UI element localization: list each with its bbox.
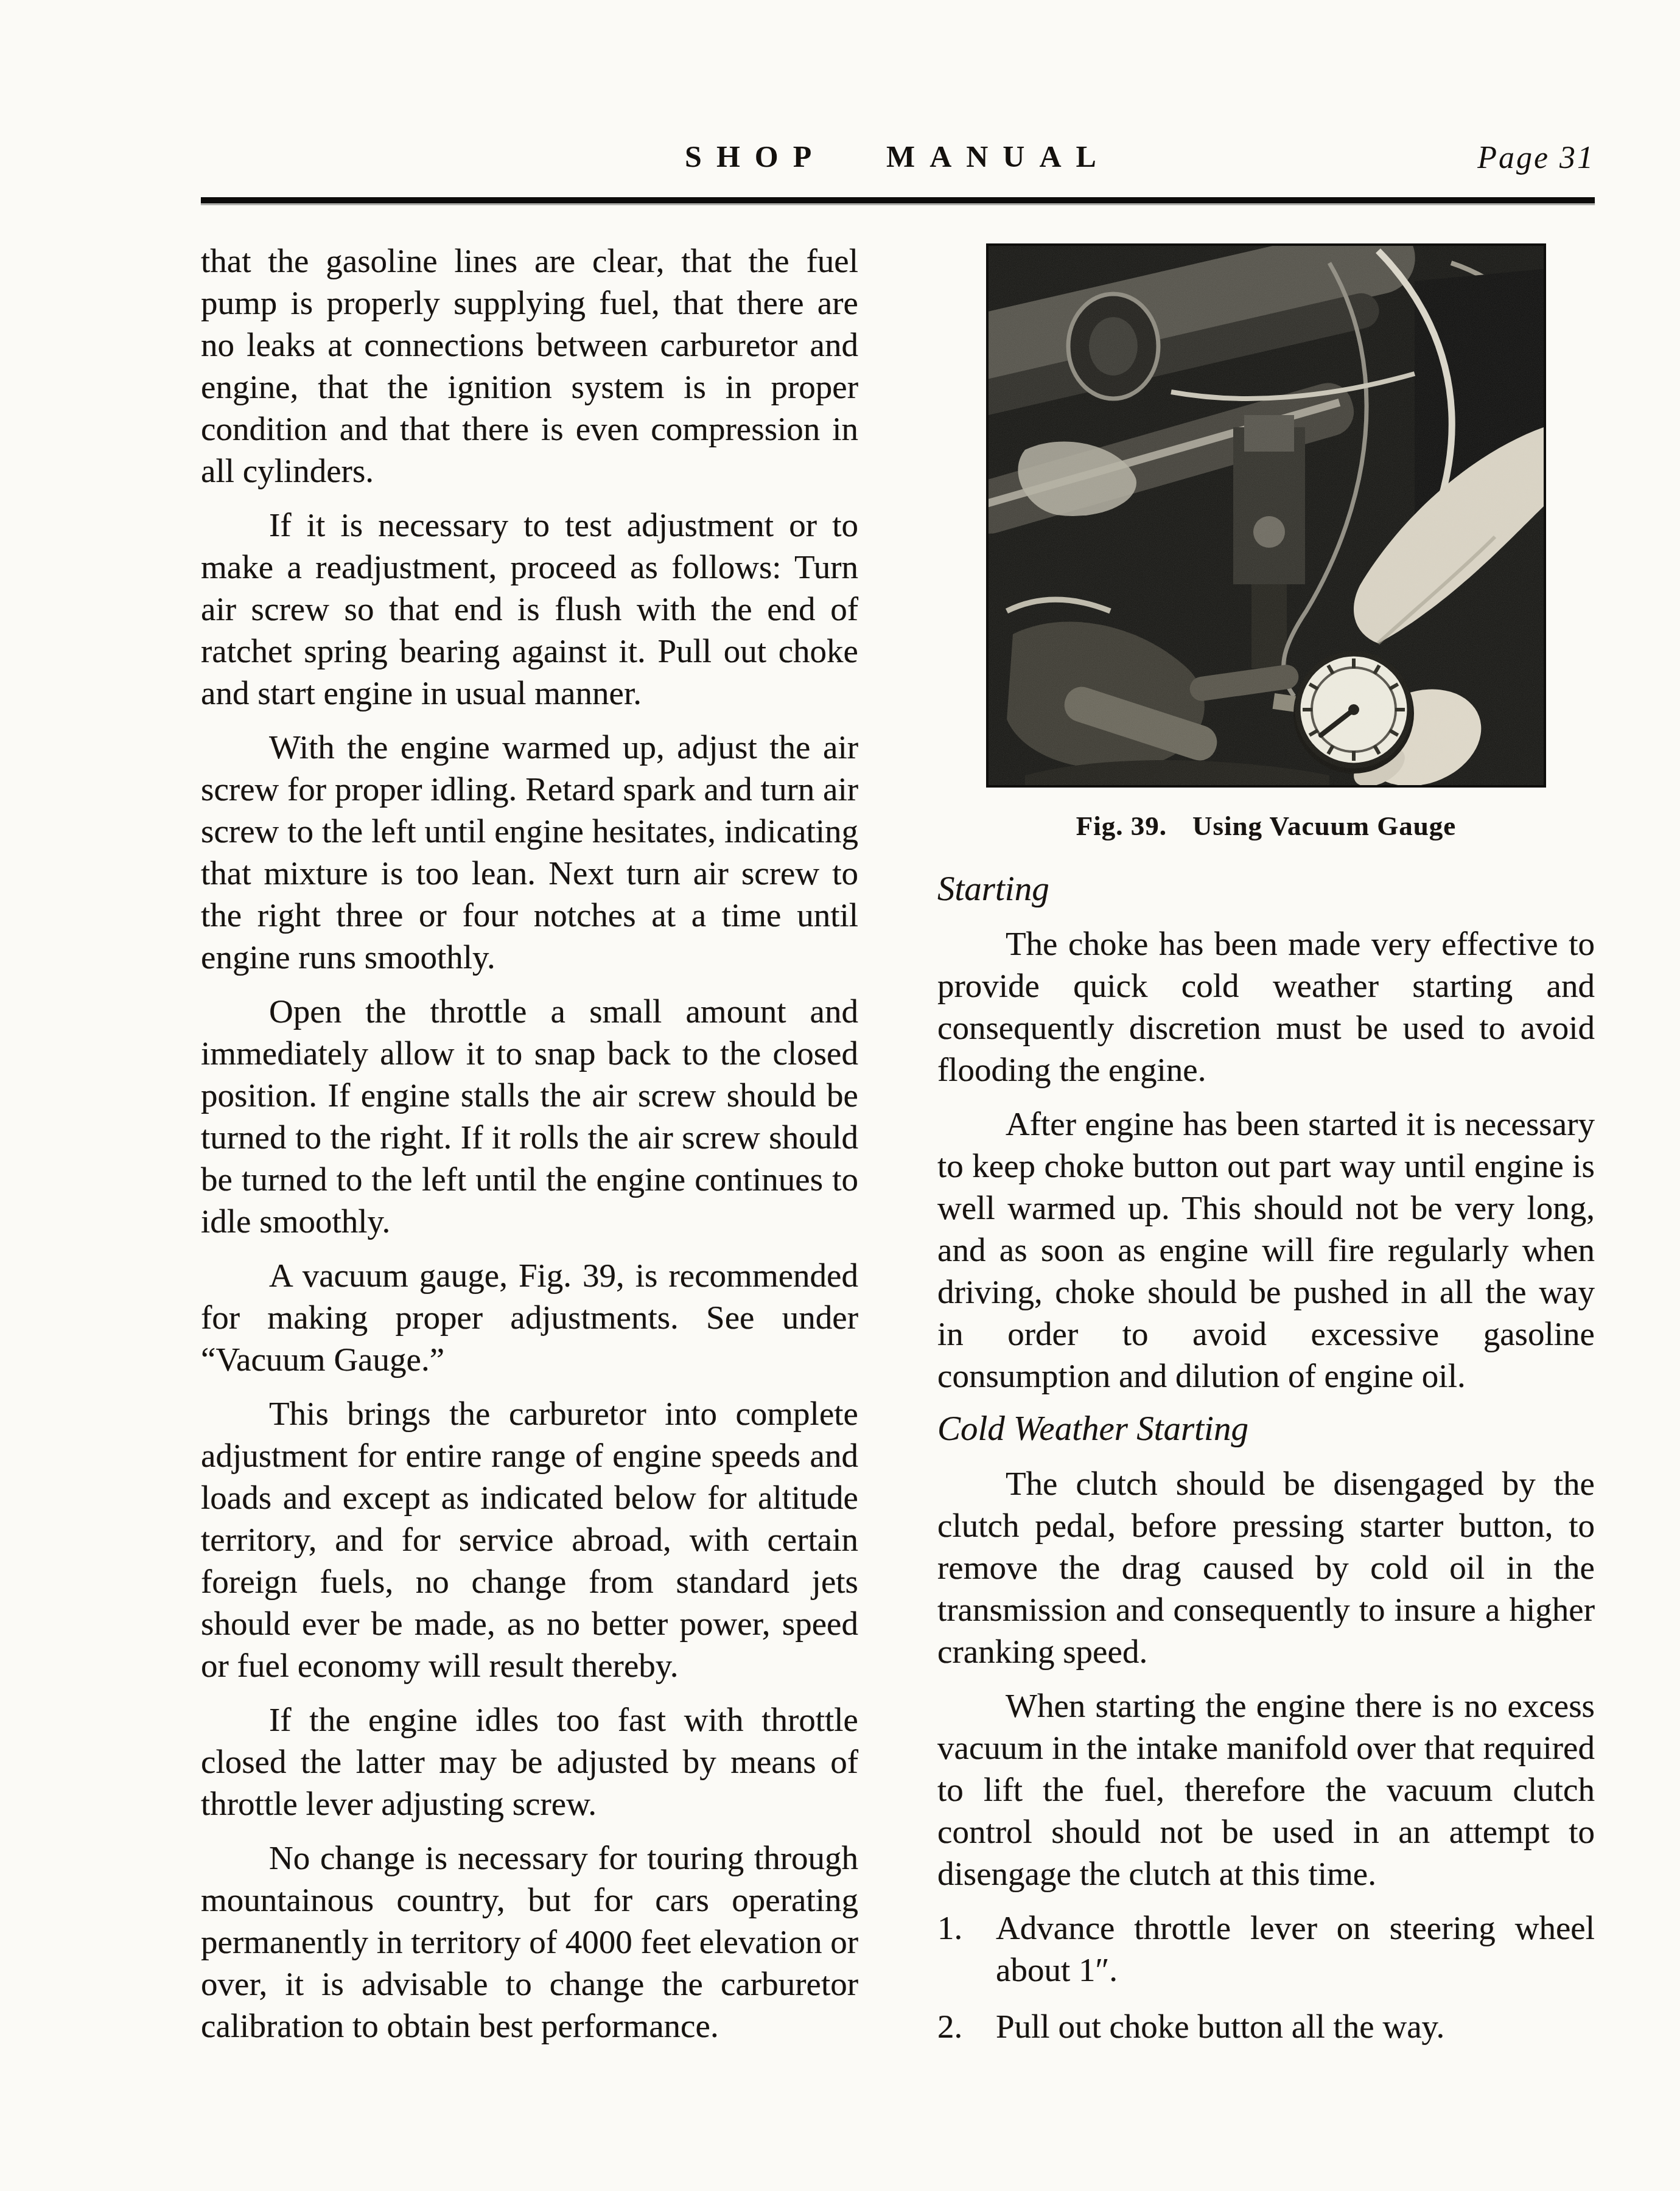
body-paragraph: No change is necessary for touring throu… [201,1837,858,2047]
body-paragraph: When starting the engine there is no exc… [937,1685,1595,1895]
list-item: 2. Pull out choke button all the way. [937,2005,1595,2047]
left-column: that the gasoline lines are clear, that … [201,240,858,2062]
body-paragraph: A vacuum gauge, Fig. 39, is recommended … [201,1254,858,1380]
figure-caption: Fig. 39.Using Vacuum Gauge [937,811,1595,841]
list-item-text: Pull out choke button all the way. [996,2005,1595,2047]
section-heading-starting: Starting [937,869,1595,909]
header-row: SHOP MANUAL Page 31 [201,139,1595,183]
body-paragraph: The clutch should be disengaged by the c… [937,1462,1595,1672]
page-title: SHOP MANUAL [685,139,1111,174]
body-paragraph: If it is necessary to test adjustment or… [201,504,858,714]
list-item: 1. Advance throttle lever on steering wh… [937,1907,1595,1991]
page-number: Page 31 [1477,140,1595,176]
list-item-number: 2. [937,2005,996,2047]
section-heading-cold-weather-starting: Cold Weather Starting [937,1409,1595,1449]
figure-caption-label: Fig. 39. [1076,811,1167,841]
manual-page: SHOP MANUAL Page 31 that the gasoline li… [0,0,1680,2191]
body-paragraph: that the gasoline lines are clear, that … [201,240,858,492]
two-column-body: that the gasoline lines are clear, that … [201,240,1595,2062]
page-header: SHOP MANUAL Page 31 [201,139,1595,203]
engine-bay-illustration [989,246,1544,785]
body-paragraph: With the engine warmed up, adjust the ai… [201,726,858,978]
header-rule [201,197,1595,203]
body-paragraph: Open the throttle a small amount and imm… [201,990,858,1242]
body-paragraph: After engine has been started it is nece… [937,1103,1595,1397]
body-paragraph: The choke has been made very effective t… [937,923,1595,1091]
body-paragraph: If the engine idles too fast with thrott… [201,1699,858,1825]
right-column: Fig. 39.Using Vacuum Gauge Starting The … [937,240,1595,2062]
figure-39-photo [986,243,1546,788]
list-item-text: Advance throttle lever on steering wheel… [996,1907,1595,1991]
figure-caption-title: Using Vacuum Gauge [1192,811,1456,841]
body-paragraph: This brings the carburetor into complete… [201,1393,858,1686]
list-item-number: 1. [937,1907,996,1991]
